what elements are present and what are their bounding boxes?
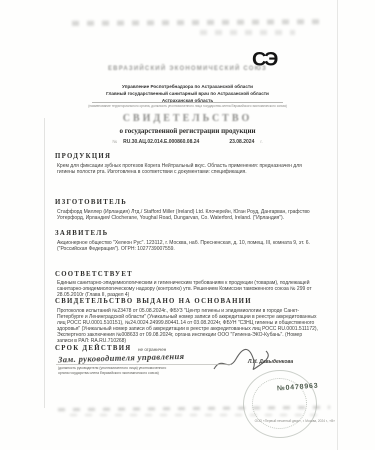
scan-artifact-top-2 <box>200 30 295 35</box>
registration-number: RU.30.АЦ.02.014.Е.000860.08.24 <box>123 139 199 145</box>
scan-artifact-top <box>72 19 327 26</box>
certificate-subtitle: о государственной регистрации продукции <box>0 127 375 135</box>
section-heading-basis: СВИДЕТЕЛЬСТВО ВЫДАНО НА ОСНОВАНИИ <box>55 298 320 305</box>
section-body-conforms: Единым санитарно-эпидемиологическим и ги… <box>57 280 319 298</box>
signature-caption: (должность руководителя (уполномоченного… <box>58 366 176 376</box>
authority-rule <box>92 102 283 103</box>
signature-rule <box>56 364 231 365</box>
section-heading-product: ПРОДУКЦИЯ <box>55 153 320 160</box>
section-heading-conforms: СООТВЕТСТВУЕТ <box>55 271 320 278</box>
section-body-manufacturer: Стаффорд Миллер (Ирландия) Лтд./ Staffor… <box>57 209 319 221</box>
certificate-page: СЭ ЕВРАЗИЙСКИЙ ЭКОНОМИЧЕСКИЙ СОЮЗ Управл… <box>0 0 375 450</box>
authority-line-1: Управление Роспотребнадзора по Астраханс… <box>0 84 375 89</box>
authority-caption: (наименование территориального органа, д… <box>0 104 375 108</box>
section-body-product: Крем для фиксации зубных протезов Корега… <box>57 163 319 175</box>
number-prefix: № <box>112 139 117 144</box>
registration-date: 23.08.2024 <box>229 139 254 145</box>
signatory-name: Л.Н. Давыденкова <box>248 359 333 365</box>
section-body-applicant: Акционерное общество "Хелеон Рус". 12311… <box>57 240 319 252</box>
authority-line-2: Главный государственный санитарный врач … <box>0 91 375 96</box>
union-title: ЕВРАЗИЙСКИЙ ЭКОНОМИЧЕСКИЙ СОЮЗ <box>0 66 375 72</box>
scan-edge-line-left <box>44 118 45 408</box>
year-suffix: г. <box>260 139 262 144</box>
round-stamp-seal-icon <box>243 370 317 438</box>
section-heading-manufacturer: ИЗГОТОВИТЕЛЬ <box>55 199 320 206</box>
scan-artifact-bottom-2 <box>70 414 320 416</box>
section-body-basis: Протоколов испытаний №23478 от 05.08.202… <box>57 308 319 345</box>
certificate-title: СВИДЕТЕЛЬСТВО <box>0 113 375 124</box>
printing-house-note: ООО «Первый печатный двор», г. Москва, 2… <box>160 419 335 423</box>
registration-number-row: № RU.30.АЦ.02.014.Е.000860.08.24 23.08.2… <box>55 139 320 145</box>
section-heading-applicant: ЗАЯВИТЕЛЬ <box>55 230 320 237</box>
